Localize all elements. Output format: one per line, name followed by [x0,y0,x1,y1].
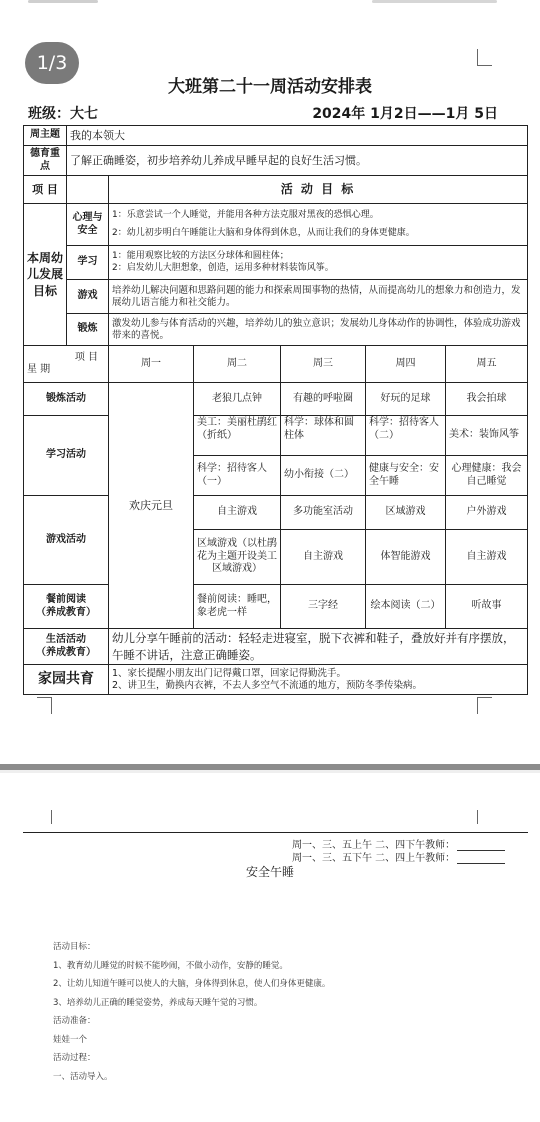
day-header: 周五 [446,346,528,383]
schedule-table: 项 目 星 期 周一 周二 周三 周四 周五 锻炼活动 欢庆元旦 老狼几点钟 有… [23,345,528,695]
schedule-cell: 自主游戏 [194,496,281,530]
row-label-exercise: 锻炼活动 [24,383,109,416]
life-label-line: （养成教育） [27,647,105,660]
document-title: 大班第二十一周活动安排表 [0,72,540,97]
day-header: 周二 [194,346,281,383]
schedule-cell: 区域游戏 [366,496,446,530]
header-rule [23,832,528,833]
date-range: 2024年 1月2日——1月 5日 [312,103,498,123]
day-header: 周四 [366,346,446,383]
class-label: 班级：大七 [28,103,98,123]
row-label-games: 游戏活动 [24,496,109,585]
schedule-cell: 美工：美丽杜鹃红（折纸） [194,416,281,456]
day-header: 周一 [109,346,194,383]
schedule-cell: 体智能游戏 [366,530,446,585]
schedule-cell: 有趣的呼啦圈 [281,383,366,416]
status-right [372,0,497,3]
crop-mark [37,697,52,714]
goal-category: 游戏 [67,280,109,314]
life-text: 幼儿分享午睡前的活动：轻轻走进寝室，脱下衣裤和鞋子，叠放好并有序摆放，午睡不讲话… [109,629,528,665]
life-label-line: 生活活动 [27,634,105,647]
row-label-life: 生活活动 （养成教育） [24,629,109,665]
goal-line: 1：乐意尝试一个人睡觉，并能用各种方法克服对黑夜的恐惧心理。 [112,207,524,224]
lesson-line: 活动准备： [53,1012,330,1031]
goal-category: 心理与安全 [67,204,109,246]
lesson-line: 活动目标： [53,938,330,957]
empty-cell [67,176,109,204]
schedule-cell: 户外游戏 [446,496,528,530]
schedule-cell: 科学：招待客人（一） [194,456,281,496]
schedule-cell: 三字经 [281,585,366,629]
schedule-cell: 自主游戏 [281,530,366,585]
schedule-cell: 绘本阅读（二） [366,585,446,629]
teacher-line-2: 周一、三、五下午 二、四上午教师： [292,849,505,864]
lesson-line: 3、培养幼儿正确的睡觉姿势，养成每天睡午觉的习惯。 [53,994,330,1013]
goal-line: 2：启发幼儿大胆想象，创造，运用多种材料装饰风筝。 [112,263,524,274]
goal-category: 锻炼 [67,314,109,346]
lesson-title: 安全午睡 [0,863,540,880]
lesson-line: 1、教育幼儿睡觉的时候不能吵闹，不做小动作，安静的睡觉。 [53,957,330,976]
lesson-line: 活动过程： [53,1049,330,1068]
goal-category: 学习 [67,246,109,280]
schedule-cell: 区域游戏（以杜鹃花为主题开设美工区域游戏） [194,530,281,585]
goal-header: 活 动 目 标 [109,176,528,204]
goal-text: 1：能用观察比较的方法区分球体和圆柱体； 2：启发幼儿大胆想象，创造，运用多种材… [109,246,528,280]
schedule-cell: 科学：招待客人（二） [366,416,446,456]
moral-label: 德育重点 [24,146,67,176]
lesson-line: 娃娃一个 [53,1031,330,1050]
schedule-cell: 多功能室活动 [281,496,366,530]
row-label-study: 学习活动 [24,416,109,496]
goal-text: 1：乐意尝试一个人睡觉，并能用各种方法克服对黑夜的恐惧心理。 2：幼儿初步明白午… [109,204,528,246]
schedule-cell: 美术：装饰风筝 [446,416,528,456]
status-left [28,0,98,3]
day-header: 周三 [281,346,366,383]
theme-label: 周主题 [24,126,67,146]
goal-text: 激发幼儿参与体育活动的兴趣，培养幼儿的独立意识；发展幼儿身体动作的协调性，体验成… [109,314,528,346]
crop-mark [477,49,492,66]
goal-line: 2：幼儿初步明白午睡能让大脑和身体得到休息，从而让我们的身体更健康。 [112,225,524,242]
schedule-cell: 好玩的足球 [366,383,446,416]
reading-label-line: 餐前阅读 [27,594,105,607]
schedule-cell: 老狼几点钟 [194,383,281,416]
crop-mark [477,810,492,824]
goals-section-label: 本周幼儿发展目标 [24,204,67,346]
row-label-home: 家园共育 [24,665,109,695]
schedule-cell: 科学：球体和圆柱体 [281,416,366,456]
crop-mark [477,697,492,714]
goal-text: 培养幼儿解决问题和思路问题的能力和探索周围事物的热情，从而提高幼儿的想象力和创造… [109,280,528,314]
reading-label-line: （养成教育） [27,607,105,620]
corner-cell: 项 目 星 期 [24,346,109,383]
crop-mark [37,810,52,824]
goals-table: 周主题 我的本领大 德育重点 了解正确睡姿，初步培养幼儿养成早睡早起的良好生活习… [23,125,528,346]
home-line: 1、家长提醒小朋友出门记得戴口罩，回家记得勤洗手。 [112,668,524,680]
status-bar [0,0,540,8]
schedule-cell: 幼小衔接（二） [281,456,366,496]
corner-bottom: 星 期 [24,364,108,377]
lesson-body: 活动目标： 1、教育幼儿睡觉的时候不能吵闹，不做小动作，安静的睡觉。 2、让幼儿… [53,938,330,1086]
item-label: 项 目 [24,176,67,204]
moral-value: 了解正确睡姿，初步培养幼儿养成早睡早起的良好生活习惯。 [67,146,528,176]
lesson-line: 一、活动导入。 [53,1068,330,1087]
row-label-reading: 餐前阅读 （养成教育） [24,585,109,629]
page-separator-shadow [0,770,540,773]
schedule-cell: 餐前阅读：睡吧，象老虎一样 [194,585,281,629]
corner-top: 项 目 [24,352,108,365]
schedule-cell: 心理健康：我会自己睡觉 [446,456,528,496]
home-line: 2、讲卫生，勤换内衣裤，不去人多空气不流通的地方，预防冬季传染病。 [112,680,524,692]
lesson-line: 2、让幼儿知道午睡可以使人的大脑，身体得到休息，使人们身体更健康。 [53,975,330,994]
home-text: 1、家长提醒小朋友出门记得戴口罩，回家记得勤洗手。 2、讲卫生，勤换内衣裤，不去… [109,665,528,695]
schedule-cell: 我会拍球 [446,383,528,416]
schedule-cell: 自主游戏 [446,530,528,585]
goal-line: 1：能用观察比较的方法区分球体和圆柱体； [112,251,524,262]
schedule-cell: 听故事 [446,585,528,629]
schedule-cell: 健康与安全：安全午睡 [366,456,446,496]
theme-value: 我的本领大 [67,126,528,146]
monday-cell: 欢庆元旦 [109,383,194,629]
